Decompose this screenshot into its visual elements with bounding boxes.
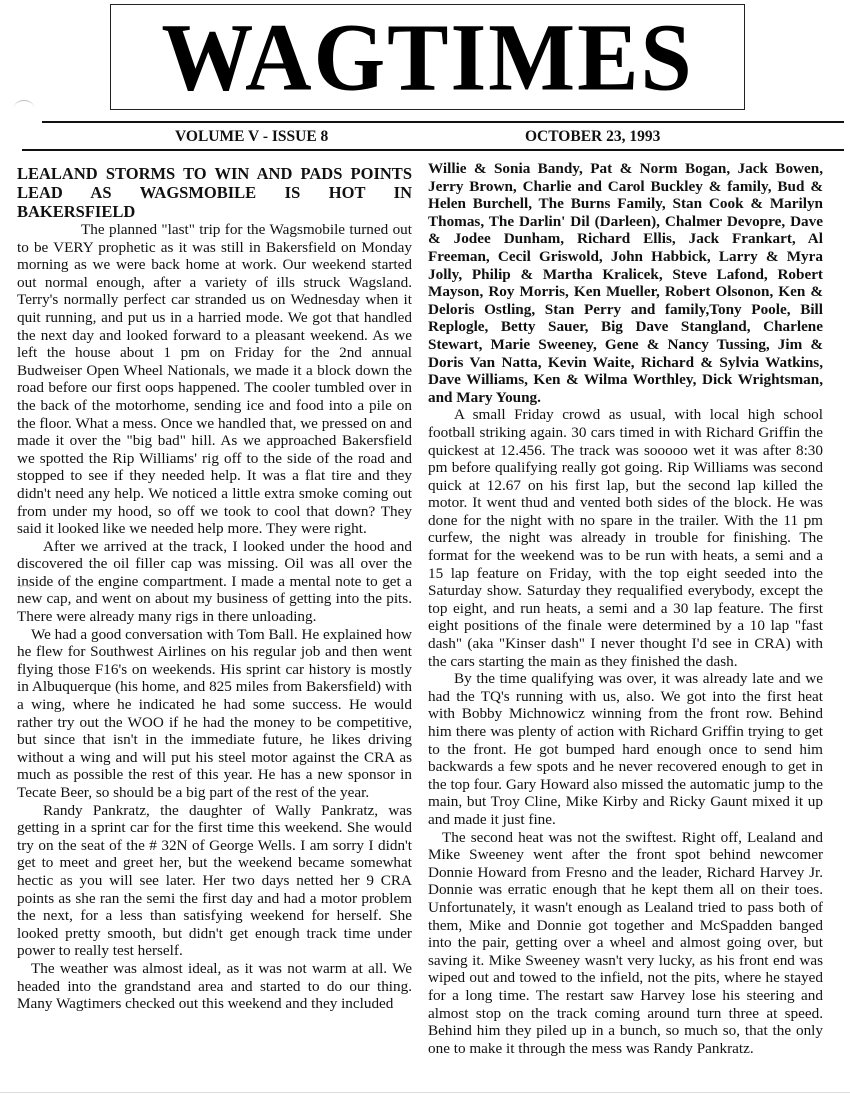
article-paragraph: Randy Pankratz, the daughter of Wally Pa… xyxy=(17,802,412,960)
scan-artifact-mark xyxy=(18,585,32,600)
masthead: WAGTIMES xyxy=(110,4,745,110)
issue-date: OCTOBER 23, 1993 xyxy=(525,128,660,146)
article-paragraph: The weather was almost ideal, as it was … xyxy=(17,960,412,1013)
article-headline: LEALAND STORMS TO WIN AND PADS POINTS LE… xyxy=(17,164,412,221)
page-bottom-edge xyxy=(0,1092,850,1093)
article-paragraph: After we arrived at the track, I looked … xyxy=(17,538,412,626)
issue-info-bar: VOLUME V - ISSUE 8 OCTOBER 23, 1993 xyxy=(0,126,850,146)
left-column: LEALAND STORMS TO WIN AND PADS POINTS LE… xyxy=(17,160,412,1013)
newsletter-title: WAGTIMES xyxy=(161,9,693,106)
article-paragraph: By the time qualifying was over, it was … xyxy=(428,670,823,828)
volume-issue: VOLUME V - ISSUE 8 xyxy=(175,128,328,146)
masthead-rule-top xyxy=(42,121,844,123)
attendee-list: Willie & Sonia Bandy, Pat & Norm Bogan, … xyxy=(428,160,823,406)
article-paragraph: The planned "last" trip for the Wagsmobi… xyxy=(17,221,412,538)
scan-artifact-mark xyxy=(14,100,34,115)
masthead-rule-bottom xyxy=(22,149,844,151)
article-paragraph: A small Friday crowd as usual, with loca… xyxy=(428,406,823,670)
article-paragraph: The second heat was not the swiftest. Ri… xyxy=(428,829,823,1058)
right-column: Willie & Sonia Bandy, Pat & Norm Bogan, … xyxy=(428,160,823,1057)
article-paragraph: We had a good conversation with Tom Ball… xyxy=(17,626,412,802)
